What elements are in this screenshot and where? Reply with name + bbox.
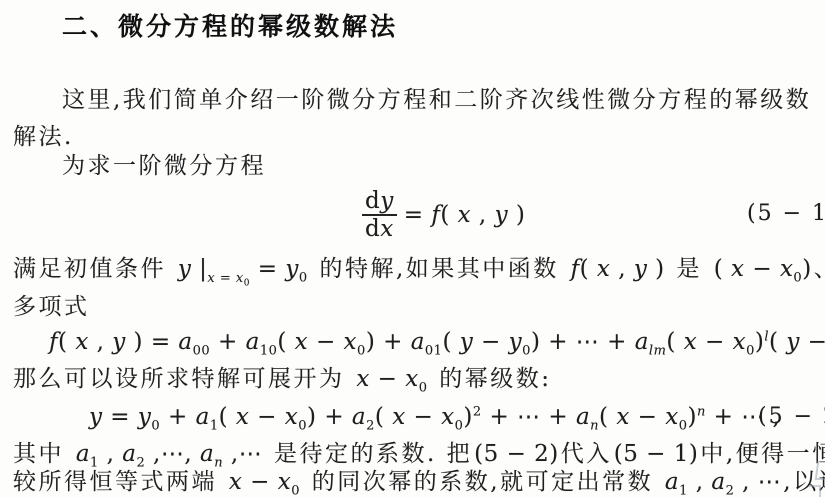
textbook-page: 二、微分方程的幂级数解法 这里,我们简单介绍一阶微分方程和二阶齐次线性微分方程的… xyxy=(0,0,825,498)
equation-polynomial: f( x , y ) = a00 + a10( x − x0) + a01( y… xyxy=(47,326,825,358)
equation-5-1: dy dx = f( x , y ) (5 − 1) xyxy=(0,187,825,243)
scan-bleed-mark-bottom xyxy=(809,485,821,497)
paragraph-intro-line2: 解法. xyxy=(13,121,74,153)
equation-label-5-1: (5 − 1) xyxy=(747,201,825,226)
scan-bleed-mark-top xyxy=(815,461,825,480)
section-title: 二、微分方程的幂级数解法 xyxy=(62,7,398,43)
fraction-numerator: dy xyxy=(362,189,397,216)
paragraph-seek-line: 为求一阶微分方程 xyxy=(62,150,266,182)
equation-label-5-2: (5 − 2) xyxy=(758,404,825,429)
paragraph-condition-line2: 多项式 xyxy=(13,291,90,323)
fraction-denominator: dx xyxy=(363,216,396,241)
paragraph-coeff-line2: 较所得恒等式两端 x − x0 的同次幂的系数,就可定出常数 a1 , a2 ,… xyxy=(13,466,825,498)
paragraph-intro-line1: 这里,我们简单介绍一阶微分方程和二阶齐次线性微分方程的幂级数 xyxy=(62,84,811,116)
equation-5-2: y = y0 + a1( x − x0) + a2( x − x0)2 + ⋯ … xyxy=(0,399,825,435)
paragraph-expand-line: 那么可以设所求特解可展开为 x − x0 的幂级数: xyxy=(13,363,552,395)
fraction-dy-dx: dy dx xyxy=(362,189,397,241)
equation-5-1-body: dy dx = f( x , y ) xyxy=(362,187,527,243)
equation-5-1-rhs: = f( x , y ) xyxy=(402,202,528,228)
equation-5-2-body: y = y0 + a1( x − x0) + a2( x − x0)2 + ⋯ … xyxy=(87,401,782,433)
paragraph-condition-line1: 满足初值条件 y |x = x0 = y0 的特解,如果其中函数 f( x , … xyxy=(13,253,825,285)
